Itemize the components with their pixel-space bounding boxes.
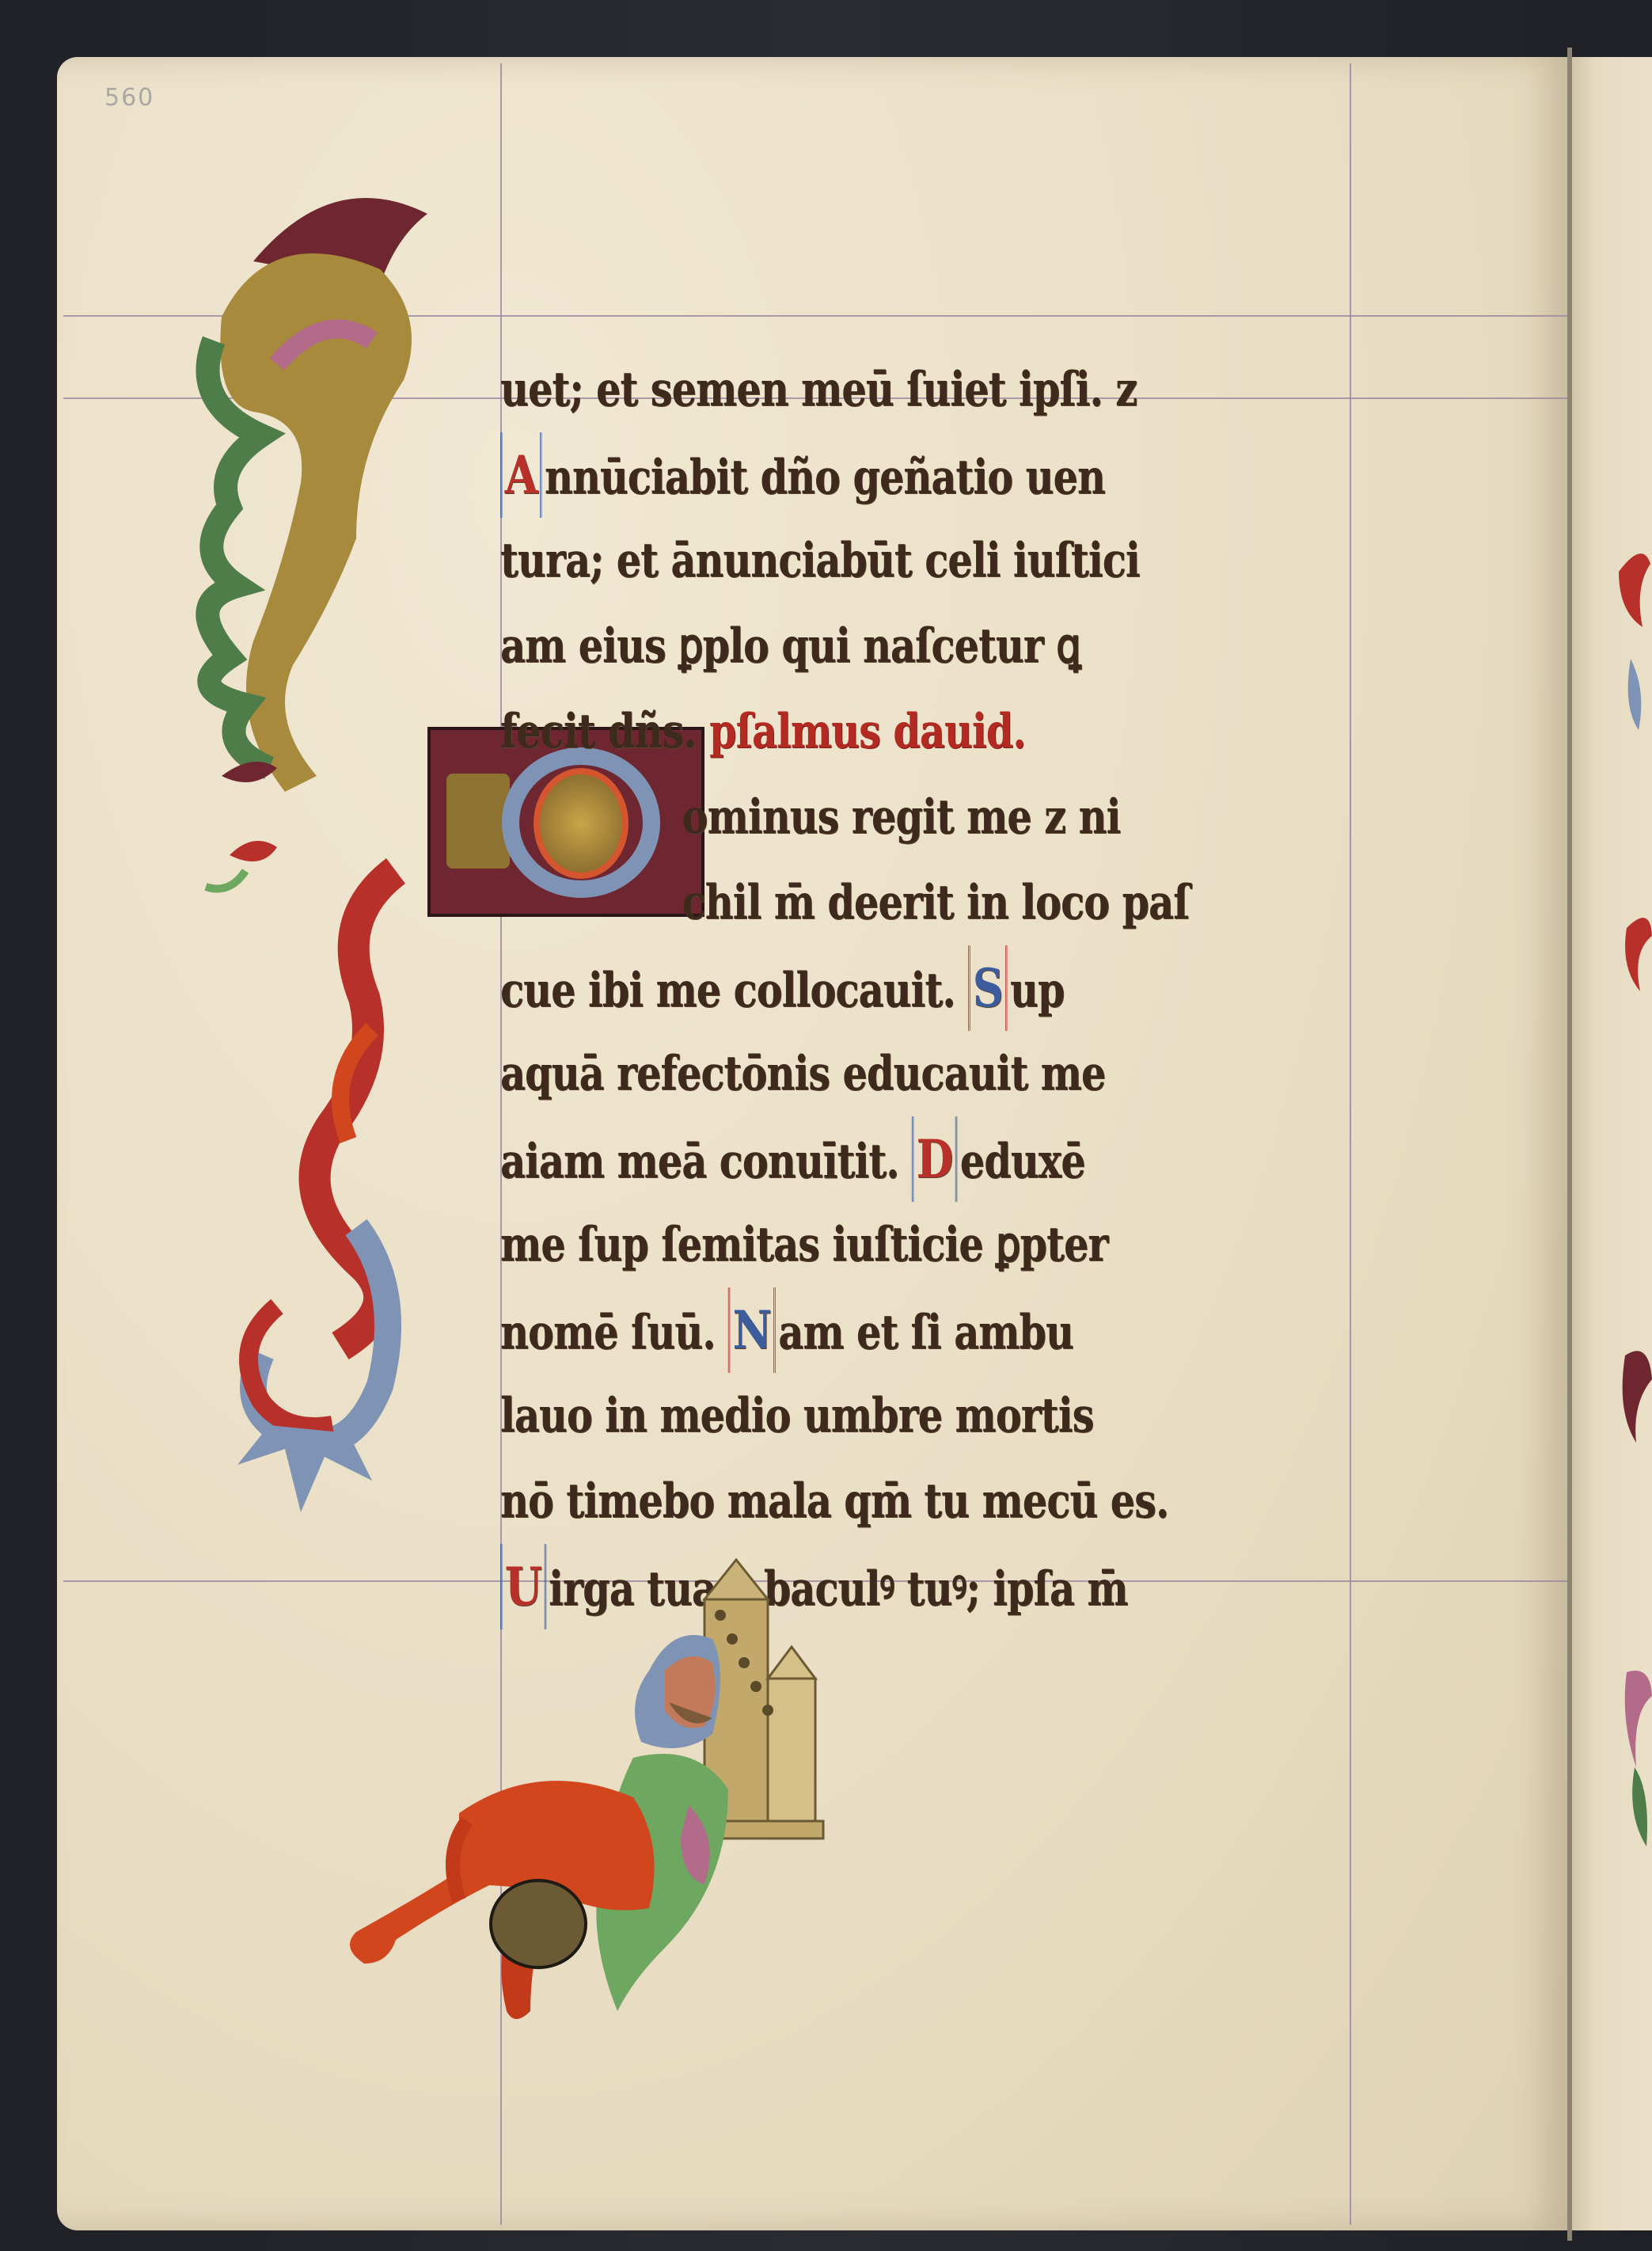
text-segment: am et ſi ambu bbox=[778, 1305, 1073, 1360]
text-segment: aquā refectōnis educauit me bbox=[500, 1046, 1105, 1101]
drollery-organ-player-icon bbox=[317, 1552, 855, 2027]
minor-initial-n: N bbox=[728, 1287, 776, 1373]
minor-initial-d: D bbox=[912, 1116, 958, 1202]
text-line-4: am eius ꝑplo qui naſcetur ꝗ bbox=[500, 603, 1226, 689]
text-segment: aiam meā conuītit. bbox=[500, 1134, 912, 1189]
text-line-2: Annūciabit dño geñatio uen bbox=[500, 432, 1226, 518]
text-segment: me ſup ſemitas iuſticie ꝑpter bbox=[500, 1217, 1108, 1272]
text-line-14: nō timebo mala qm̄ tu mecū es. bbox=[500, 1458, 1226, 1544]
text-segment: chil m̄ deerit in loco paſ bbox=[682, 875, 1190, 930]
text-line-12: nomē ſuū. Nam et ſi ambu bbox=[500, 1287, 1226, 1373]
text-line-10: aiam meā conuītit. Deduxē bbox=[500, 1116, 1226, 1202]
text-line-9: aquā refectōnis educauit me bbox=[500, 1031, 1226, 1116]
text-line-7: chil m̄ deerit in loco paſ bbox=[500, 860, 1226, 945]
text-segment: nomē ſuū. bbox=[500, 1305, 728, 1360]
book-gutter bbox=[1567, 48, 1572, 2241]
text-line-11: me ſup ſemitas iuſticie ꝑpter bbox=[500, 1202, 1226, 1287]
text-line-3: tura; et ānunciabūt celi iuſtici bbox=[500, 518, 1226, 603]
minor-initial-s: S bbox=[968, 945, 1008, 1031]
text-segment: lauo in medio umbre mortis bbox=[500, 1388, 1093, 1443]
facing-page-border-icon bbox=[1571, 57, 1652, 2230]
rubric-psalm-heading: pſalmus dauid. bbox=[709, 704, 1026, 759]
text-segment: eduxē bbox=[960, 1134, 1085, 1189]
psalm-text-block: uet; et semen meū ſuiet ipſi. z Annūciab… bbox=[500, 347, 1385, 1629]
facing-page-edge bbox=[1571, 57, 1652, 2230]
text-line-1: uet; et semen meū ſuiet ipſi. z bbox=[500, 347, 1226, 432]
text-line-6: ominus regit me z ni bbox=[500, 774, 1226, 860]
text-segment: cue ibi me collocauit. bbox=[500, 963, 968, 1018]
text-line-5: fecit dñs. pſalmus dauid. bbox=[500, 689, 1226, 774]
text-segment: am eius ꝑplo qui naſcetur ꝗ bbox=[500, 618, 1080, 674]
text-line-8: cue ibi me collocauit. Sup bbox=[500, 945, 1226, 1031]
text-line-13: lauo in medio umbre mortis bbox=[500, 1373, 1226, 1458]
minor-initial-a: A bbox=[500, 432, 542, 518]
text-segment: fecit dñs. bbox=[500, 704, 709, 759]
text-segment: nnūciabit dño geñatio uen bbox=[545, 450, 1105, 505]
text-segment: tura; et ānunciabūt celi iuſtici bbox=[500, 533, 1140, 588]
text-segment: up bbox=[1010, 963, 1065, 1018]
foliation-number: 560 bbox=[104, 84, 154, 112]
text-segment: uet; et semen meū ſuiet ipſi. z bbox=[500, 362, 1137, 417]
text-segment: ominus regit me z ni bbox=[682, 789, 1121, 845]
text-segment: nō timebo mala qm̄ tu mecū es. bbox=[500, 1473, 1168, 1529]
